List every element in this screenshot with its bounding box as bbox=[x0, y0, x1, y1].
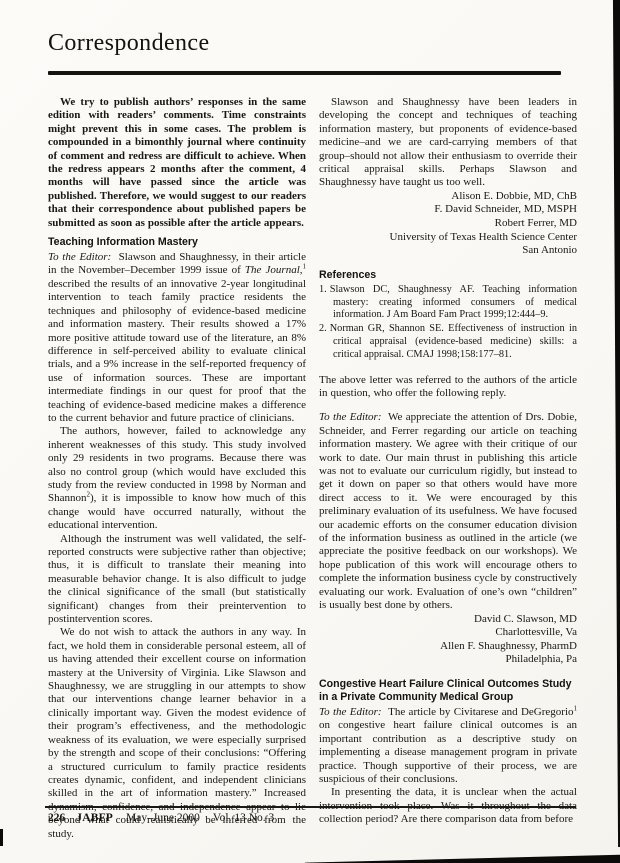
letter-paragraph: To the Editor: Slawson and Shaughnessy, … bbox=[48, 251, 306, 425]
paragraph-text: The article by Civitarese and DeGregorio bbox=[388, 706, 573, 718]
reference-superscript: 1 bbox=[574, 704, 578, 712]
two-column-layout: We try to publish authors’ responses in … bbox=[48, 96, 577, 841]
left-column: We try to publish authors’ responses in … bbox=[48, 96, 306, 841]
references-heading: References bbox=[319, 269, 577, 282]
footer-issue: May–June 2000 bbox=[126, 812, 200, 824]
paragraph-text: We appreciate the attention of Drs. Dobi… bbox=[319, 411, 577, 611]
signature-line: University of Texas Health Science Cente… bbox=[319, 231, 577, 245]
page-title: Correspondence bbox=[48, 30, 210, 57]
referral-note: The above letter was referred to the aut… bbox=[319, 374, 577, 401]
letter-paragraph: Slawson and Shaughnessy have been leader… bbox=[319, 96, 577, 190]
signature-block-letter: Alison E. Dobbie, MD, ChB F. David Schne… bbox=[319, 190, 577, 258]
letter-paragraph: Although the instrument was well validat… bbox=[48, 533, 306, 627]
letter-paragraph: To the Editor: The article by Civitarese… bbox=[319, 706, 577, 786]
footer-volume: Vol. 13 No. 3 bbox=[213, 812, 274, 824]
signature-line: Robert Ferrer, MD bbox=[319, 217, 577, 231]
footer: 226 JABFP May–June 2000 Vol. 13 No. 3 bbox=[48, 812, 274, 824]
reference-number: 2. bbox=[319, 323, 327, 334]
signature-line: San Antonio bbox=[319, 244, 577, 258]
salutation: To the Editor: bbox=[319, 411, 382, 423]
salutation: To the Editor: bbox=[48, 251, 111, 263]
reference-item: 2.Norman GR, Shannon SE. Effectiveness o… bbox=[319, 323, 577, 361]
letter-paragraph: We do not wish to attack the authors in … bbox=[48, 626, 306, 841]
reply-paragraph: To the Editor: We appreciate the attenti… bbox=[319, 411, 577, 612]
right-column: Slawson and Shaughnessy have been leader… bbox=[319, 96, 577, 841]
letter-paragraph: The authors, however, failed to acknowle… bbox=[48, 425, 306, 532]
signature-line: Philadelphia, Pa bbox=[319, 653, 577, 667]
editor-note: We try to publish authors’ responses in … bbox=[48, 96, 306, 230]
title-rule bbox=[48, 71, 561, 75]
spacer bbox=[319, 400, 577, 411]
footer-rule bbox=[45, 806, 576, 808]
spacer bbox=[319, 363, 577, 374]
footer-page-number: 226 bbox=[48, 812, 65, 824]
paragraph-text: described the results of an innovative 2… bbox=[48, 278, 306, 424]
letter-heading-teaching-information-mastery: Teaching Information Mastery bbox=[48, 236, 306, 249]
signature-line: David C. Slawson, MD bbox=[319, 613, 577, 627]
signature-block-reply: David C. Slawson, MD Charlottesville, Va… bbox=[319, 613, 577, 667]
signature-line: Alison E. Dobbie, MD, ChB bbox=[319, 190, 577, 204]
scan-artifact-bottom-edge bbox=[305, 854, 620, 863]
salutation: To the Editor: bbox=[319, 706, 382, 718]
letter-heading-chf-study: Congestive Heart Failure Clinical Outcom… bbox=[319, 678, 577, 704]
footer-journal-abbrev: JABFP bbox=[76, 812, 113, 824]
reference-text: Norman GR, Shannon SE. Effectiveness of … bbox=[330, 323, 577, 360]
scan-artifact-left-tick bbox=[0, 829, 3, 846]
signature-line: Charlottesville, Va bbox=[319, 626, 577, 640]
signature-line: Allen F. Shaughnessy, PharmD bbox=[319, 640, 577, 654]
reference-superscript: 1 bbox=[303, 263, 307, 271]
reference-number: 1. bbox=[319, 284, 327, 295]
spacer bbox=[319, 258, 577, 269]
paragraph-text: on congestive heart failure clinical out… bbox=[319, 719, 577, 785]
scan-artifact-right-edge bbox=[612, 0, 620, 847]
journal-page: Correspondence We try to publish authors… bbox=[0, 0, 620, 863]
journal-name-italic: The Journal, bbox=[245, 264, 303, 276]
references-list: 1.Slawson DC, Shaughnessy AF. Teaching i… bbox=[319, 284, 577, 362]
reference-text: Slawson DC, Shaughnessy AF. Teaching inf… bbox=[330, 284, 577, 321]
spacer bbox=[319, 667, 577, 678]
reference-item: 1.Slawson DC, Shaughnessy AF. Teaching i… bbox=[319, 284, 577, 322]
signature-line: F. David Schneider, MD, MSPH bbox=[319, 203, 577, 217]
